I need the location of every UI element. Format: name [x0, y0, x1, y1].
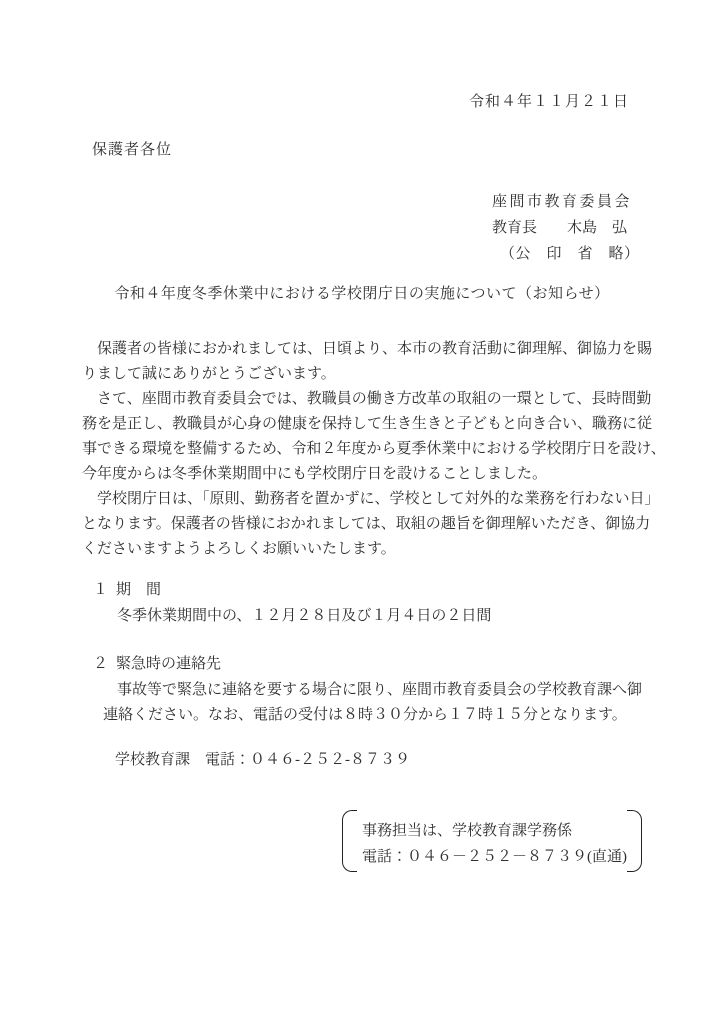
document-page: 令和４年１１月２１日 保護者各位 座間市教育委員会 教育長 木島 弘 （公 印 …	[0, 0, 724, 1024]
sender-seal-note: （公 印 省 略）	[500, 241, 640, 267]
body-text: 保護者の皆様におかれましては、日頃より、本市の教育活動に御理解、御協力を賜 りま…	[82, 337, 662, 562]
section-2-heading: 緊急時の連絡先	[116, 656, 221, 672]
note-box-line-2: 電話：０４６－２５２－８７３９(直通)	[362, 844, 642, 870]
contact-phone-line: 学校教育課 電話：０４６-２５２-８７３９	[115, 748, 410, 769]
section-1-content: 冬季休業期間中の、１２月２８日及び１月４日の２日間	[117, 604, 491, 625]
recipient-line: 保護者各位	[92, 138, 172, 159]
body-line-8: くださいますようよろしくお願いいたします。	[82, 537, 662, 562]
note-box-line-1: 事務担当は、学校教育課学務係	[362, 818, 642, 844]
section-2-heading-line: ２緊急時の連絡先	[93, 652, 221, 673]
section-2-number: ２	[93, 652, 108, 673]
body-line-4: 事できる環境を整備するため、令和２年度から夏季休業中における学校閉庁日を設け、	[82, 437, 662, 462]
section-2-content-line-1: 事故等で緊急に連絡を要する場合に限り、座間市教育委員会の学校教育課へ御	[117, 678, 642, 699]
body-line-0: 保護者の皆様におかれましては、日頃より、本市の教育活動に御理解、御協力を賜	[82, 337, 662, 362]
section-1-heading-line: １期 間	[93, 578, 161, 599]
document-title: 令和４年度冬季休業中における学校閉庁日の実施について（お知らせ）	[0, 282, 724, 303]
sender-block: 座間市教育委員会 教育長 木島 弘 （公 印 省 略）	[492, 189, 640, 267]
document-date: 令和４年１１月２１日	[469, 90, 629, 111]
body-line-1: りまして誠にありがとうございます。	[82, 362, 662, 387]
body-line-5: 今年度からは冬季休業期間中にも学校閉庁日を設けることしました。	[82, 462, 662, 487]
section-2-content-line-2: 連絡ください。なお、電話の受付は８時３０分から１７時１５分となります。	[103, 703, 627, 724]
section-1-heading: 期 間	[116, 582, 161, 598]
sender-position-name: 教育長 木島 弘	[492, 215, 640, 241]
body-line-2: さて、座間市教育委員会では、教職員の働き方改革の取組の一環として、長時間勤	[82, 387, 662, 412]
sender-organization: 座間市教育委員会	[492, 189, 640, 215]
body-line-7: となります。保護者の皆様におかれましては、取組の趣旨を御理解いただき、御協力	[82, 512, 662, 537]
body-line-6: 学校閉庁日は、「原則、勤務者を置かずに、学校として対外的な業務を行わない日」	[82, 487, 662, 512]
office-note-box: 事務担当は、学校教育課学務係 電話：０４６－２５２－８７３９(直通)	[342, 810, 642, 872]
body-line-3: 務を是正し、教職員が心身の健康を保持して生き生きと子どもと向き合い、職務に従	[82, 412, 662, 437]
section-1-number: １	[93, 578, 108, 599]
